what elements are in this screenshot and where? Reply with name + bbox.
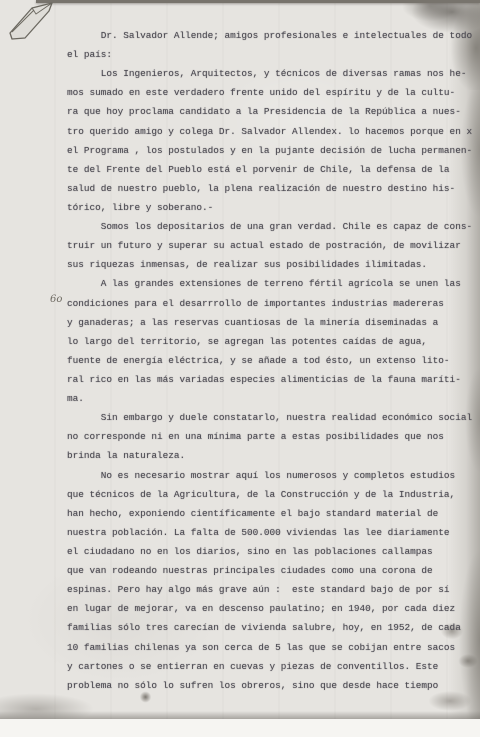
text-line: lo largo del territorio, se agregan las … bbox=[67, 332, 477, 351]
folded-corner-icon bbox=[5, 1, 57, 43]
text-line: que van rodeando nuestras principales ci… bbox=[67, 561, 477, 580]
text-line: mos sumado en este verdadero frente unid… bbox=[67, 83, 477, 102]
text-line: el ciudadano no en los diarios, sino en … bbox=[67, 542, 477, 561]
text-line: truir un futuro y superar su actual esta… bbox=[67, 236, 477, 255]
text-line: en lugar de mejorar, va en descenso paul… bbox=[67, 599, 477, 618]
text-line: ma. bbox=[67, 389, 477, 408]
text-line: 10 familias chilenas ya son cerca de 5 l… bbox=[67, 638, 477, 657]
text-line: Dr. Salvador Allende; amigos profesional… bbox=[67, 26, 477, 45]
text-line: Los Ingenieros, Arquitectos, y técnicos … bbox=[67, 64, 477, 83]
text-line: que técnicos de la Agricultura, de la Co… bbox=[67, 485, 477, 504]
text-line: tro querido amigo y colega Dr. Salvador … bbox=[67, 122, 477, 141]
text-line: tórico, libre y soberano.- bbox=[67, 198, 477, 217]
text-line: nuestra población. La falta de 500.000 v… bbox=[67, 523, 477, 542]
text-line: fuente de energía eléctrica, y se añade … bbox=[67, 351, 477, 370]
text-line: y ganaderas; a las reservas cuantiosas d… bbox=[67, 313, 477, 332]
text-line: te del Frente del Pueblo está el porveni… bbox=[67, 160, 477, 179]
document-page: 6o Dr. Salvador Allende; amigos profesio… bbox=[0, 0, 480, 719]
text-line: familias sólo tres carecían de vivienda … bbox=[67, 618, 477, 637]
scanned-document: 6o Dr. Salvador Allende; amigos profesio… bbox=[0, 0, 480, 737]
text-line: brinda la naturaleza. bbox=[67, 446, 477, 465]
text-line: ral rico en las más variadas especies al… bbox=[67, 370, 477, 389]
text-line: problema no sólo lo sufren los obreros, … bbox=[67, 676, 477, 695]
page-bottom-edge bbox=[0, 711, 480, 719]
text-line: A las grandes extensiones de terreno fér… bbox=[67, 274, 477, 293]
margin-annotation: 6o bbox=[50, 294, 62, 305]
text-line: ra que hoy proclama candidato a la Presi… bbox=[67, 102, 477, 121]
text-line: Sin embargo y duele constatarlo, nuestra… bbox=[67, 408, 477, 427]
text-line: no corresponde ni en una mínima parte a … bbox=[67, 427, 477, 446]
text-line: el país: bbox=[67, 45, 477, 64]
text-line: espinas. Pero hay algo más grave aún : e… bbox=[67, 580, 477, 599]
text-line: sus riquezas inmensas, de realizar sus p… bbox=[67, 255, 477, 274]
text-line: y cartones o se entierran en cuevas y pi… bbox=[67, 657, 477, 676]
text-line: han hecho, exponiendo científicamente el… bbox=[67, 504, 477, 523]
text-line: condiciones para el desarrrollo de impor… bbox=[67, 294, 477, 313]
text-line: No es necesario mostrar aquí los numeros… bbox=[67, 466, 477, 485]
letter-body: Dr. Salvador Allende; amigos profesional… bbox=[67, 26, 477, 695]
text-line: Somos los depositarios de una gran verda… bbox=[67, 217, 477, 236]
scan-edge-top bbox=[36, 0, 480, 3]
text-line: el Programa , los postulados y en la puj… bbox=[67, 141, 477, 160]
text-line: salud de nuestro pueblo, la plena realiz… bbox=[67, 179, 477, 198]
